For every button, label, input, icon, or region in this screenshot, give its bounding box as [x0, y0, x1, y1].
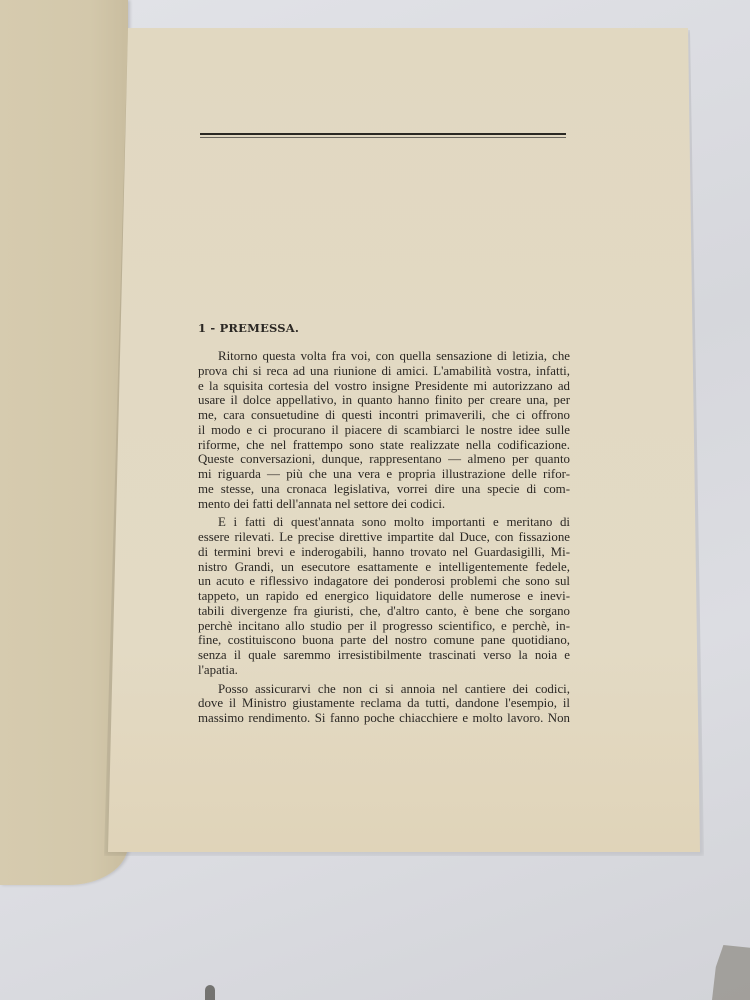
text-line: usare il dolce appellativo, in quanto ha…	[198, 393, 570, 408]
text-line: un acuto e riflessivo indagatore dei pon…	[198, 574, 570, 589]
text-line: mento dei fatti dell'annata nel settore …	[198, 497, 570, 512]
text-line: nistro Grandi, un esecutore esattamente …	[198, 560, 570, 575]
text-line: Posso assicurarvi che non ci si annoia n…	[198, 682, 570, 697]
text-line: dove il Ministro giustamente reclama da …	[198, 696, 570, 711]
text-line: l'apatia.	[198, 663, 570, 678]
text-line: perchè incitano allo studio per il progr…	[198, 619, 570, 634]
text-line: essere rilevati. Le precise direttive im…	[198, 530, 570, 545]
text-line: fine, costituiscono buona parte del nost…	[198, 633, 570, 648]
text-line: Queste conversazioni, dunque, rappresent…	[198, 452, 570, 467]
paragraph-3: Posso assicurarvi che non ci si annoia n…	[198, 682, 570, 726]
text-line: senza il quale saremmo irresistibilmente…	[198, 648, 570, 663]
text-line: me stesse, una cronaca legislativa, vorr…	[198, 482, 570, 497]
document-body: 1 - PREMESSA. Ritorno questa volta fra v…	[198, 321, 570, 730]
desk-object-fragment	[205, 985, 215, 1000]
text-line: prova chi si reca ad una riunione di ami…	[198, 364, 570, 379]
paragraph-1: Ritorno questa volta fra voi, con quella…	[198, 349, 570, 511]
text-line: e la squisita cortesia del vostro insign…	[198, 379, 570, 394]
rule-thin-line	[200, 137, 566, 138]
text-line: il modo e ci procurano il piacere di sca…	[198, 423, 570, 438]
paragraph-2: E i fatti di quest'annata sono molto imp…	[198, 515, 570, 677]
text-line: me, cara consuetudine di questi incontri…	[198, 408, 570, 423]
text-line: tappeto, un rapido ed energico liquidato…	[198, 589, 570, 604]
text-line: E i fatti di quest'annata sono molto imp…	[198, 515, 570, 530]
text-line: Ritorno questa volta fra voi, con quella…	[198, 349, 570, 364]
section-heading: 1 - PREMESSA.	[198, 321, 570, 335]
text-line: mi riguarda — più che una vera e propria…	[198, 467, 570, 482]
text-line: riforme, che nel frattempo sono state re…	[198, 438, 570, 453]
text-line: tabili divergenze fra giuristi, che, d'a…	[198, 604, 570, 619]
header-double-rule	[200, 133, 566, 138]
rule-thick-line	[200, 133, 566, 135]
text-line: di termini brevi e inderogabili, hanno t…	[198, 545, 570, 560]
text-line: massimo rendimento. Si fanno poche chiac…	[198, 711, 570, 726]
